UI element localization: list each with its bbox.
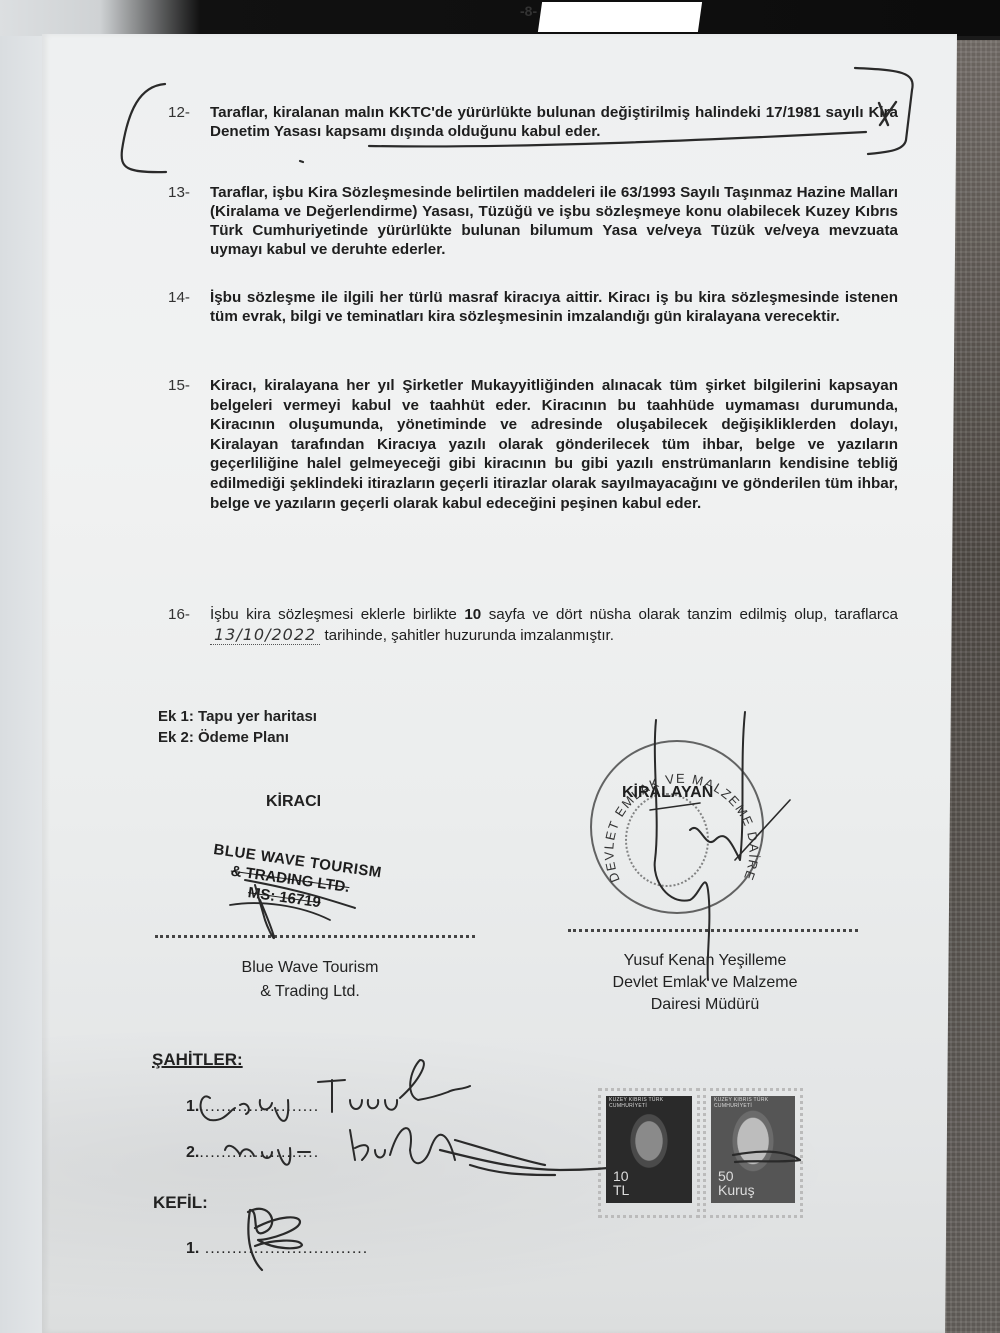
witness-number: 1. bbox=[186, 1098, 199, 1115]
clause-number: 12- bbox=[168, 103, 208, 122]
witnesses-label: ŞAHİTLER: bbox=[152, 1050, 243, 1070]
revenue-stamp-50kurus: KUZEY KIBRIS TÜRK CUMHURİYETİ 50Kuruş bbox=[703, 1088, 803, 1218]
dotted-line: .............................. bbox=[199, 1240, 368, 1257]
page-number: -8- bbox=[520, 3, 537, 19]
annex-2: Ek 2: Ödeme Planı bbox=[158, 729, 289, 746]
landlord-role-label: KİRALAYAN bbox=[622, 784, 713, 802]
handwritten-date: 13/10/2022 bbox=[210, 625, 320, 645]
clause-text-part: sayfa ve dört nüsha olarak tanzim edilmi… bbox=[481, 606, 898, 623]
landlord-name: Yusuf Kenan Yeşilleme bbox=[555, 950, 855, 972]
witness-2-line: 2....................... bbox=[186, 1144, 319, 1162]
svg-text:DEVLET EMLAK VE MALZEME DAİRES: DEVLET EMLAK VE MALZEME DAİRESİ bbox=[580, 730, 762, 885]
seal-text: DEVLET EMLAK VE MALZEME DAİRESİ bbox=[580, 730, 780, 930]
clause-text-part: tarihinde, şahitler huzurunda imzalanmış… bbox=[320, 627, 614, 644]
clause-text: Taraflar, kiralanan malın KKTC'de yürürl… bbox=[210, 103, 898, 141]
revenue-stamp-10tl: KUZEY KIBRIS TÜRK CUMHURİYETİ 10TL bbox=[598, 1088, 700, 1218]
page-count: 10 bbox=[464, 606, 481, 623]
redaction-block bbox=[538, 2, 702, 32]
landlord-title: Dairesi Müdürü bbox=[555, 994, 855, 1016]
background-surface-top bbox=[0, 0, 1000, 36]
landlord-name-block: Yusuf Kenan Yeşilleme Devlet Emlak ve Ma… bbox=[555, 950, 855, 1016]
stamp-header: KUZEY KIBRIS TÜRK CUMHURİYETİ bbox=[609, 1097, 697, 1109]
stamp-value-unit: Kuruş bbox=[718, 1183, 755, 1197]
stamp-header: KUZEY KIBRIS TÜRK CUMHURİYETİ bbox=[714, 1097, 800, 1109]
guarantor-number: 1. bbox=[186, 1240, 199, 1257]
guarantor-label: KEFİL: bbox=[153, 1193, 208, 1213]
tenant-name-line: & Trading Ltd. bbox=[190, 980, 430, 1004]
clause-text: Taraflar, işbu Kira Sözleşmesinde belirt… bbox=[210, 183, 898, 259]
dotted-line: ...................... bbox=[199, 1098, 319, 1115]
stamp-value: 10TL bbox=[613, 1169, 629, 1197]
clause-text-part: İşbu kira sözleşmesi eklerle birlikte bbox=[210, 606, 464, 623]
stamp-value-number: 50 bbox=[718, 1169, 755, 1183]
stamp-value-number: 10 bbox=[613, 1169, 629, 1183]
clause-text: Kiracı, kiralayana her yıl Şirketler Muk… bbox=[210, 376, 898, 513]
clause-number: 13- bbox=[168, 183, 208, 202]
tenant-name: Blue Wave Tourism & Trading Ltd. bbox=[190, 956, 430, 1004]
clause-text: İşbu sözleşme ile ilgili her türlü masra… bbox=[210, 288, 898, 326]
landlord-signature-line bbox=[568, 929, 858, 932]
clause-16: 16- İşbu kira sözleşmesi eklerle birlikt… bbox=[168, 605, 898, 646]
clause-number: 14- bbox=[168, 288, 208, 307]
clause-13: 13- Taraflar, işbu Kira Sözleşmesinde be… bbox=[168, 183, 898, 259]
guarantor-1-line: 1. .............................. bbox=[186, 1240, 368, 1258]
tenant-name-line: Blue Wave Tourism bbox=[190, 956, 430, 980]
stamp-value-unit: TL bbox=[613, 1183, 629, 1197]
tenant-role-label: KİRACI bbox=[266, 793, 321, 811]
clause-15: 15- Kiracı, kiralayana her yıl Şirketler… bbox=[168, 376, 898, 513]
clause-12: 12- Taraflar, kiralanan malın KKTC'de yü… bbox=[168, 103, 898, 141]
landlord-title: Devlet Emlak ve Malzeme bbox=[555, 972, 855, 994]
witness-number: 2. bbox=[186, 1144, 199, 1161]
stamp-value: 50Kuruş bbox=[718, 1169, 755, 1197]
tenant-signature-line bbox=[155, 935, 475, 938]
dotted-line: ...................... bbox=[199, 1144, 319, 1161]
clause-number: 16- bbox=[168, 605, 208, 624]
clause-number: 15- bbox=[168, 376, 208, 395]
witness-1-line: 1....................... bbox=[186, 1098, 319, 1116]
clause-14: 14- İşbu sözleşme ile ilgili her türlü m… bbox=[168, 288, 898, 326]
clause-text: İşbu kira sözleşmesi eklerle birlikte 10… bbox=[210, 605, 898, 646]
annex-1: Ek 1: Tapu yer haritası bbox=[158, 708, 317, 725]
